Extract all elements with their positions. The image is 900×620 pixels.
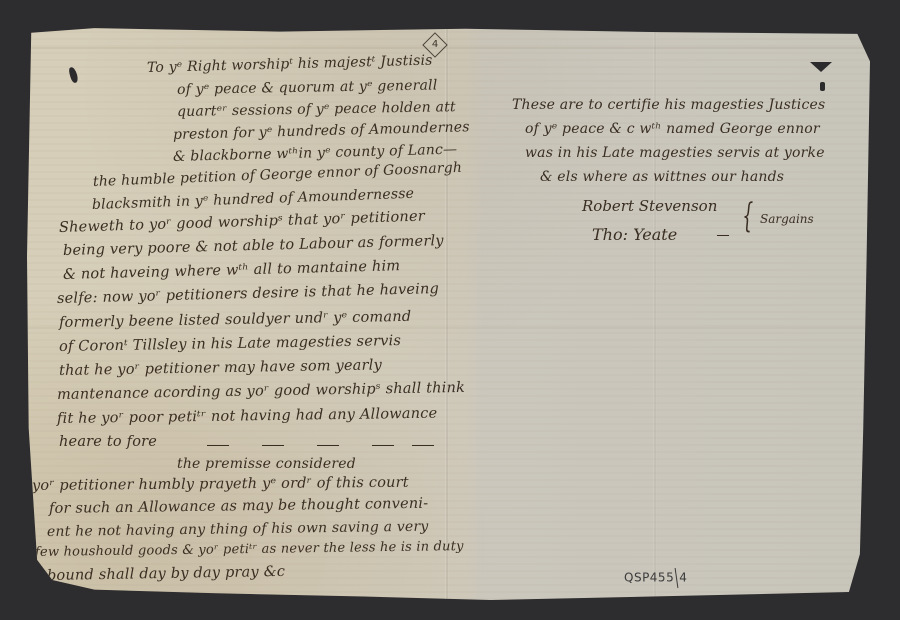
- prayer-line: few houshould goods & yoʳ petiᵗʳ as neve…: [35, 539, 464, 560]
- petition-line: blacksmith in yᵉ hundred of Amounderness…: [92, 186, 415, 213]
- petition-line: fit he yoʳ poor petiᵗʳ not having had an…: [57, 406, 438, 427]
- pin-hole-right-small: [820, 82, 825, 91]
- section-heading: the premisse considered: [177, 456, 356, 472]
- petition-line: being very poore & not able to Labour as…: [63, 233, 444, 259]
- signature-dash: [717, 235, 729, 236]
- line-filler: [262, 445, 284, 446]
- certificate-line: & els where as wittnes our hands: [540, 169, 784, 185]
- bracket: {: [742, 199, 753, 233]
- folio-number: 4: [427, 37, 443, 53]
- petition-line: selfe: now yoʳ petitioners desire is tha…: [57, 281, 439, 307]
- line-filler: [412, 445, 434, 446]
- line-filler: [207, 445, 229, 446]
- certificate-line: was in his Late magesties servis at york…: [525, 145, 825, 161]
- petition-line: & not haveing where wᵗʰ all to mantaine …: [63, 258, 401, 283]
- prayer-line: yoʳ petitioner humbly prayeth yᵉ ordʳ of…: [32, 475, 409, 494]
- address-line: of yᵉ peace & quorum at yᵉ generall: [177, 77, 438, 98]
- manuscript-sheet: 4 To yᵉ Right worshipᵗ his majestᵗ Justi…: [27, 27, 870, 600]
- signature: Tho: Yeate: [592, 225, 677, 244]
- certificate-line: These are to certifie his magesties Just…: [512, 97, 825, 113]
- horizontal-crease: [27, 47, 870, 49]
- line-filler: [372, 445, 394, 446]
- petition-line: heare to fore: [59, 434, 157, 450]
- address-line: quartᵉʳ sessions of yᵉ peace holden att: [177, 99, 456, 120]
- archive-reference: QSP4554: [624, 568, 687, 588]
- signature: Robert Stevenson: [582, 197, 717, 215]
- pin-hole-right: [810, 62, 832, 72]
- archive-reference-code: QSP455: [624, 571, 674, 585]
- petition-line: mantenance acording as yoʳ good worshipˢ…: [57, 380, 465, 403]
- petition-line: of Coronᵗ Tillsley in his Late magesties…: [59, 333, 401, 355]
- petition-line: Sheweth to yoʳ good worshipˢ that yoʳ pe…: [59, 209, 425, 236]
- certificate-line: of yᵉ peace & c wᵗʰ named George ennor: [525, 121, 820, 137]
- prayer-line: for such an Allowance as may be thought …: [49, 496, 429, 517]
- pin-hole-left: [68, 66, 79, 83]
- archive-reference-item: 4: [679, 571, 687, 585]
- prayer-line: ent he not having any thing of his own s…: [47, 519, 429, 540]
- petition-line: that he yoʳ petitioner may have som year…: [59, 357, 382, 379]
- prayer-line: bound shall day by day pray &c: [47, 564, 285, 584]
- address-line: To yᵉ Right worshipᵗ his majestᵗ Justisi…: [147, 53, 433, 76]
- signatories-rank: Sargains: [760, 212, 814, 226]
- line-filler: [317, 445, 339, 446]
- address-line: preston for yᵉ hundreds of Amoundernes: [173, 119, 470, 143]
